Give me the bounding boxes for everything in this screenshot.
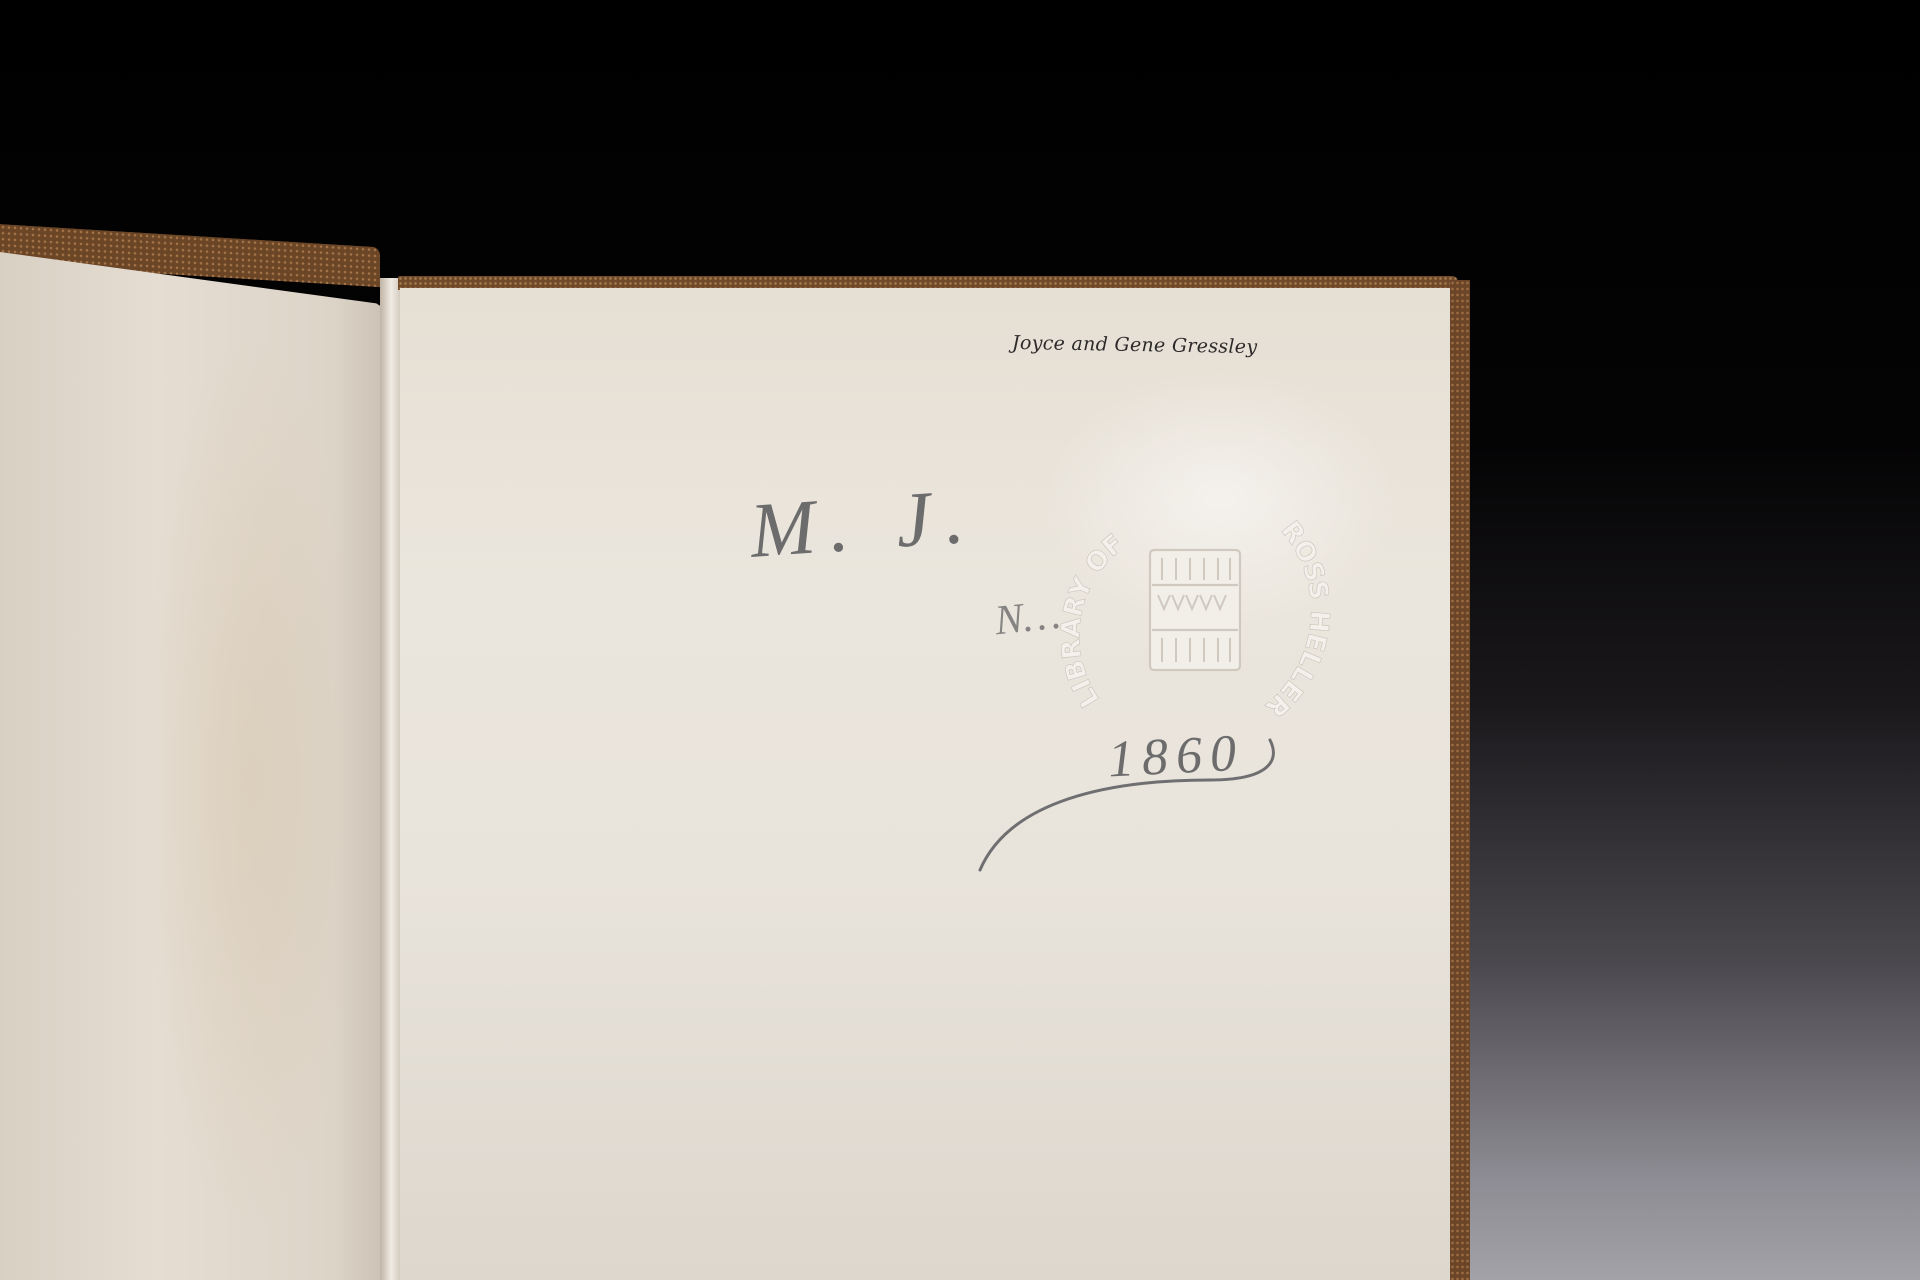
- foxing-stain: [140, 332, 360, 1232]
- embossed-library-stamp-icon: LIBRARY OF ROSS HELLER: [1040, 500, 1340, 740]
- books-on-shelf-icon: [1150, 550, 1240, 670]
- stamp-arc-left: LIBRARY OF: [1056, 529, 1130, 712]
- stamp-arc-right: ROSS HELLER: [1260, 516, 1335, 723]
- right-cover-fore-edge: [1450, 280, 1470, 1280]
- pencil-signature: M. J.: [747, 470, 981, 576]
- svg-text:LIBRARY OF: LIBRARY OF: [1056, 529, 1130, 712]
- left-page: [0, 252, 392, 1280]
- svg-text:ROSS HELLER: ROSS HELLER: [1260, 516, 1335, 723]
- owner-label: Joyce and Gene Gressley: [1012, 332, 1258, 358]
- book-photograph: Joyce and Gene Gressley M. J. N… 1860 LI…: [0, 0, 1920, 1280]
- pencil-flourish-icon: [970, 730, 1300, 880]
